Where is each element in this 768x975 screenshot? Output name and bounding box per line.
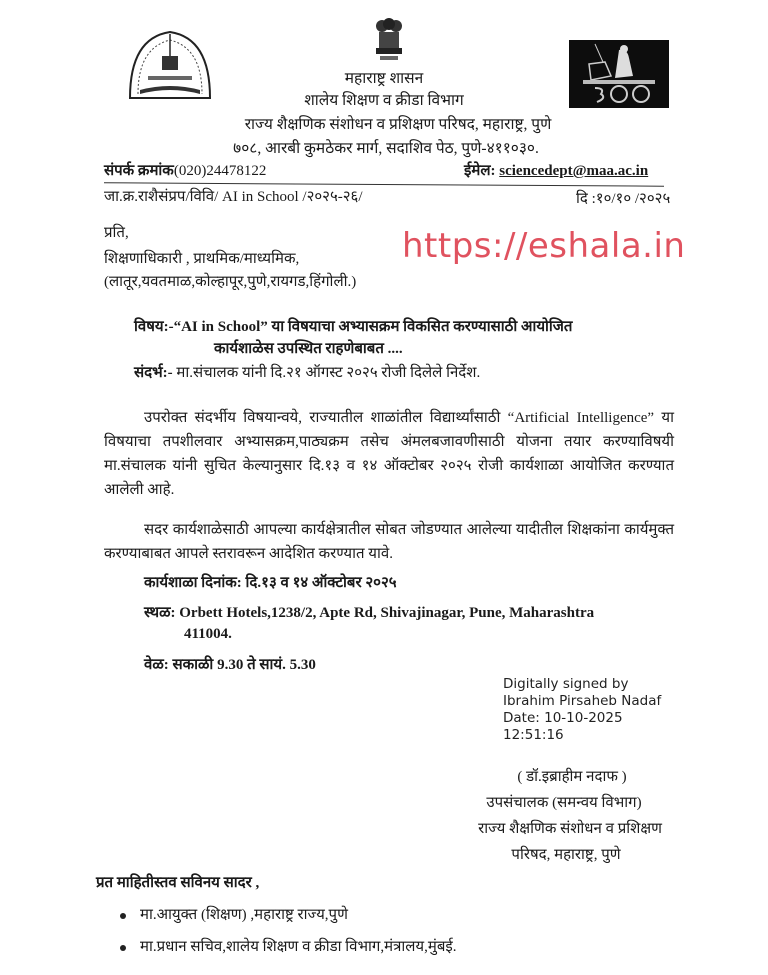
email-link[interactable]: sciencedept@maa.ac.in (499, 163, 648, 179)
digital-signature-time: 12:51:16 (503, 727, 661, 744)
reference-text: मा.संचालक यांनी दि.२१ ऑगस्ट २०२५ रोजी दि… (176, 365, 480, 381)
workshop-venue: स्थळ: Orbett Hotels,1238/2, Apte Rd, Shi… (144, 602, 594, 622)
body-paragraph-1: उपरोक्त संदर्भीय विषयान्वये, राज्यातील श… (104, 406, 674, 502)
contact-value: (020)24478122 (174, 163, 267, 179)
digital-signature-date: Date: 10-10-2025 (503, 710, 661, 727)
digital-signature: Digitally signed by Ibrahim Pirsaheb Nad… (503, 676, 661, 744)
reference: संदर्भ:- मा.संचालक यांनी दि.२१ ऑगस्ट २०२… (134, 362, 480, 382)
copy-to-item: मा.आयुक्त (शिक्षण) ,महाराष्ट्र राज्य,पुण… (120, 904, 348, 924)
reference-number: जा.क्र.राशैसंप्रप/विवि/ AI in School /२०… (104, 186, 363, 206)
contact-number: संपर्क क्रमांक(020)24478122 (104, 160, 266, 180)
signatory-designation: उपसंचालक (समन्वय विभाग) (434, 792, 694, 812)
body-paragraph-2: सदर कार्यशाळेसाठी आपल्या कार्यक्षेत्राती… (104, 518, 674, 566)
reference-label: संदर्भ:- (134, 365, 173, 381)
workshop-venue-pin: 411004. (184, 626, 232, 643)
header-council: राज्य शैक्षणिक संशोधन व प्रशिक्षण परिषद,… (14, 112, 768, 134)
copy-to-item-text: मा.आयुक्त (शिक्षण) ,महाराष्ट्र राज्य,पुण… (140, 907, 348, 923)
body-paragraph-2-text: सदर कार्यशाळेसाठी आपल्या कार्यक्षेत्राती… (104, 518, 674, 566)
email-line: ईमेल: sciencedept@maa.ac.in (464, 160, 648, 180)
digital-signature-name: Ibrahim Pirsaheb Nadaf (503, 693, 661, 710)
signatory-office-1: राज्य शैक्षणिक संशोधन व प्रशिक्षण (440, 818, 700, 838)
signatory-office-2: परिषद, महाराष्ट्र, पुणे (436, 844, 696, 864)
email-label: ईमेल: (464, 163, 496, 179)
copy-to-item: मा.प्रधान सचिव,शालेय शिक्षण व क्रीडा विभ… (120, 936, 457, 956)
digital-signature-line: Digitally signed by (503, 676, 661, 693)
body-paragraph-1-text: उपरोक्त संदर्भीय विषयान्वये, राज्यातील श… (104, 406, 674, 502)
header-government: महाराष्ट्र शासन (0, 66, 768, 88)
header-department: शालेय शिक्षण व क्रीडा विभाग (0, 88, 768, 110)
subject-line-1: “AI in School” या विषयाचा अभ्यासक्रम विक… (174, 319, 573, 335)
letter-date: दि :१०/१० /२०२५ (576, 188, 670, 208)
recipient-salutation: प्रति, (104, 222, 129, 242)
bullet-icon (120, 913, 126, 919)
copy-to-item-text: मा.प्रधान सचिव,शालेय शिक्षण व क्रीडा विभ… (140, 939, 457, 955)
subject-label: विषय:- (134, 319, 174, 335)
subject: विषय:-“AI in School” या विषयाचा अभ्यासक्… (134, 316, 674, 360)
workshop-time: वेळ: सकाळी 9.30 ते सायं. 5.30 (144, 654, 316, 674)
subject-line-2: कार्यशाळेस उपस्थित राहणेबाबत .... (134, 338, 674, 360)
header-address: ७०८, आरबी कुमठेकर मार्ग, सदाशिव पेठ, पुण… (2, 136, 768, 158)
watermark-url: https://eshala.in (402, 226, 685, 266)
signatory-name: ( डॉ.इब्राहीम नदाफ ) (442, 766, 702, 786)
recipient-line-1: शिक्षणाधिकारी , प्राथमिक/माध्यमिक, (104, 248, 299, 268)
bullet-icon (120, 945, 126, 951)
recipient-line-2: (लातूर,यवतमाळ,कोल्हापूर,पुणे,रायगड,हिंगो… (104, 271, 356, 291)
workshop-date: कार्यशाळा दिनांक: दि.१३ व १४ ऑक्टोबर २०२… (144, 572, 397, 592)
copy-to-title: प्रत माहितीस्तव सविनय सादर , (96, 872, 259, 892)
ashoka-emblem-icon (371, 16, 407, 66)
national-emblem (371, 16, 407, 66)
contact-label: संपर्क क्रमांक (104, 163, 174, 179)
